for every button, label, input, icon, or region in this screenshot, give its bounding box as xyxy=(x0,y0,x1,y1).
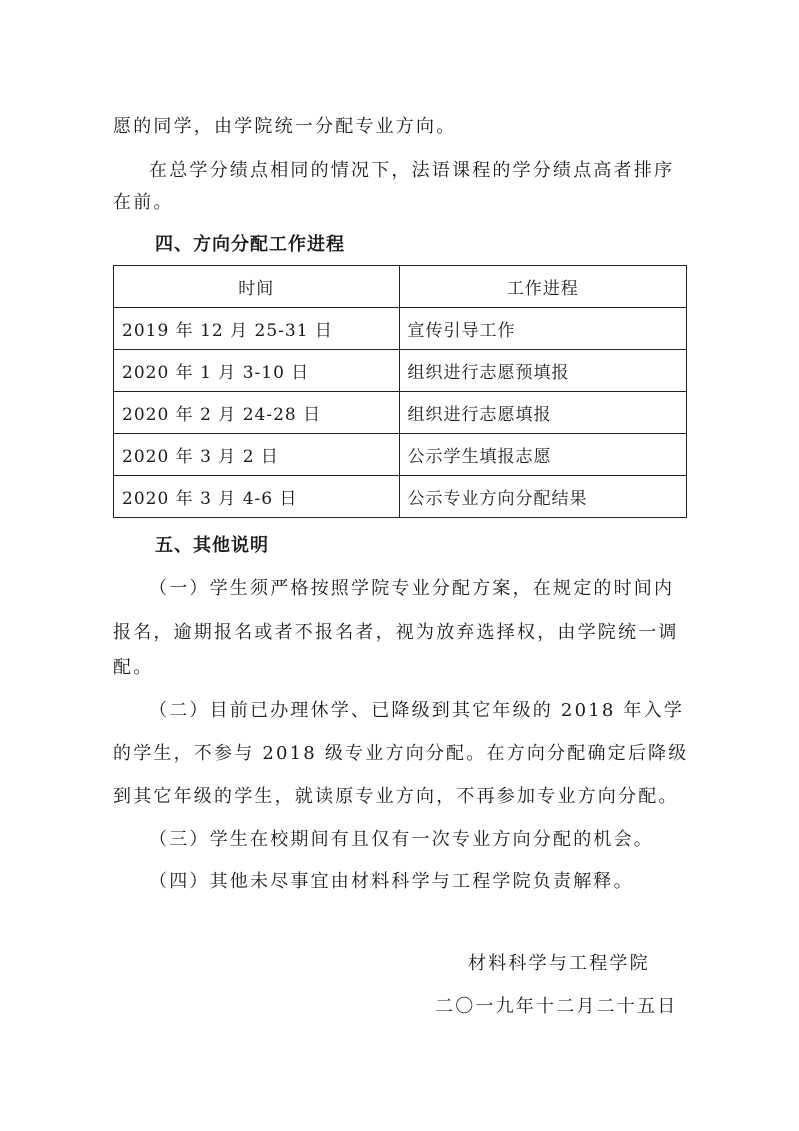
table-header-time: 时间 xyxy=(114,266,400,308)
table-row: 2020 年 3 月 2 日 公示学生填报志愿 xyxy=(114,434,687,476)
table-cell-progress: 组织进行志愿预填报 xyxy=(399,350,686,392)
table-cell-time: 2020 年 2 月 24-28 日 xyxy=(114,392,400,434)
table-cell-time: 2020 年 1 月 3-10 日 xyxy=(114,350,400,392)
paragraph-line: 在前。 xyxy=(113,192,174,214)
paragraph-line: （四）其他未尽事宜由材料科学与工程学院负责解释。 xyxy=(149,871,634,893)
paragraph-line: （一）学生须严格按照学院专业分配方案，在规定的时间内 xyxy=(149,578,674,600)
paragraph-line: （二）目前已办理休学、已降级到其它年级的 2018 年入学 xyxy=(149,700,684,722)
paragraph-line: （三）学生在校期间有且仅有一次专业方向分配的机会。 xyxy=(149,829,654,851)
table-row: 2020 年 2 月 24-28 日 组织进行志愿填报 xyxy=(114,392,687,434)
paragraph-line: 在总学分绩点相同的情况下，法语课程的学分绩点高者排序 xyxy=(149,160,674,182)
table-cell-progress: 公示学生填报志愿 xyxy=(399,434,686,476)
table-cell-time: 2020 年 3 月 4-6 日 xyxy=(114,476,400,518)
table-header-progress: 工作进程 xyxy=(399,266,686,308)
table-cell-progress: 组织进行志愿填报 xyxy=(399,392,686,434)
paragraph-line: 报名，逾期报名或者不报名者，视为放弃选择权，由学院统一调 xyxy=(113,622,679,644)
paragraph-line: 到其它年级的学生，就读原专业方向，不再参加专业方向分配。 xyxy=(113,786,679,808)
table-cell-progress: 公示专业方向分配结果 xyxy=(399,476,686,518)
table-row: 2019 年 12 月 25-31 日 宣传引导工作 xyxy=(114,308,687,350)
table-row: 2020 年 1 月 3-10 日 组织进行志愿预填报 xyxy=(114,350,687,392)
schedule-table: 时间 工作进程 2019 年 12 月 25-31 日 宣传引导工作 2020 … xyxy=(113,265,687,518)
table-cell-time: 2019 年 12 月 25-31 日 xyxy=(114,308,400,350)
table-cell-time: 2020 年 3 月 2 日 xyxy=(114,434,400,476)
section-heading-4: 四、方向分配工作进程 xyxy=(155,234,345,256)
section-heading-5: 五、其他说明 xyxy=(155,535,269,557)
signature-organization: 材料科学与工程学院 xyxy=(468,953,650,975)
signature-date: 二〇一九年十二月二十五日 xyxy=(435,996,677,1018)
paragraph-line: 愿的同学，由学院统一分配专业方向。 xyxy=(113,116,456,138)
paragraph-line: 的学生，不参与 2018 级专业方向分配。在方向分配确定后降级 xyxy=(113,743,688,765)
table-row: 2020 年 3 月 4-6 日 公示专业方向分配结果 xyxy=(114,476,687,518)
table-header-row: 时间 工作进程 xyxy=(114,266,687,308)
table-cell-progress: 宣传引导工作 xyxy=(399,308,686,350)
paragraph-line: 配。 xyxy=(113,657,153,679)
